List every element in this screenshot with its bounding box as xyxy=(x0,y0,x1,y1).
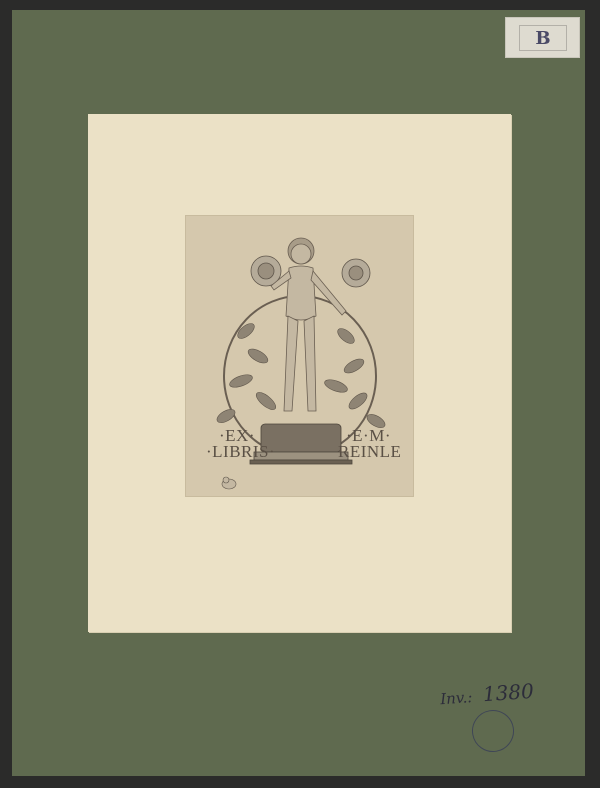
ex-libris-inscription: ·EX· ·LIBRIS· xyxy=(206,428,275,460)
category-letter: B xyxy=(519,25,567,51)
inventory-prefix: Inv.: xyxy=(440,688,473,708)
inventory-value: 1380 xyxy=(482,679,534,706)
owner-name-inscription: ·E·M· REINLE xyxy=(338,428,401,460)
bookplate-print: ·EX· ·LIBRIS· ·E·M· REINLE xyxy=(185,215,414,497)
category-label: B xyxy=(505,17,580,58)
